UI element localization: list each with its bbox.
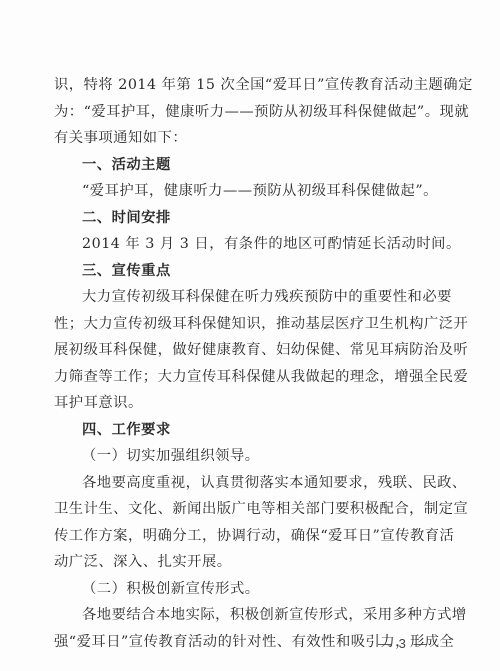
paragraph-line: 各地要高度重视，认真贯彻落实本通知要求，残联、民政、 <box>54 470 446 497</box>
paragraph-line: 力筛查等工作；大力宣传耳科保健从我做起的理念，增强全民爱 <box>54 364 446 391</box>
page-number: — 3 — <box>378 636 428 651</box>
paragraph-line: 展初级耳科保健，做好健康教育、妇幼保健、常见耳病防治及听 <box>54 337 446 364</box>
paragraph-line: 卫生计生、文化、新闻出版广电等相关部门要积极配合，制定宣 <box>54 496 446 523</box>
subsection-title-innovation: （二）积极创新宣传形式。 <box>54 576 446 603</box>
paragraph-line: 性；大力宣传初级耳科保健知识，推动基层医疗卫生机构广泛开 <box>54 311 446 338</box>
section-heading-focus: 三、宣传重点 <box>54 258 446 285</box>
document-page: 识，特将 2014 年第 15 次全国“爱耳日”宣传教育活动主题确定 为：“爱耳… <box>54 72 446 655</box>
section-heading-requirements: 四、工作要求 <box>54 417 446 444</box>
paragraph-line: 为：“爱耳护耳，健康听力——预防从初级耳科保健做起”。现就 <box>54 99 446 126</box>
paragraph-line: 动广泛、深入、扎实开展。 <box>54 549 446 576</box>
paragraph-line: 识，特将 2014 年第 15 次全国“爱耳日”宣传教育活动主题确定 <box>54 72 446 99</box>
paragraph-line: 传工作方案，明确分工，协调行动，确保“爱耳日”宣传教育活 <box>54 523 446 550</box>
paragraph-line: 大力宣传初级耳科保健在听力残疾预防中的重要性和必要 <box>54 284 446 311</box>
section-heading-theme: 一、活动主题 <box>54 152 446 179</box>
subsection-title-leadership: （一）切实加强组织领导。 <box>54 443 446 470</box>
section-body-theme: “爱耳护耳，健康听力——预防从初级耳科保健做起”。 <box>54 178 446 205</box>
paragraph-line: 各地要结合本地实际，积极创新宣传形式，采用多种方式增 <box>54 602 446 629</box>
section-heading-schedule: 二、时间安排 <box>54 205 446 232</box>
section-body-schedule: 2014 年 3 月 3 日，有条件的地区可酌情延长活动时间。 <box>54 231 446 258</box>
paragraph-line: 耳护耳意识。 <box>54 390 446 417</box>
paragraph-line: 有关事项通知如下： <box>54 125 446 152</box>
